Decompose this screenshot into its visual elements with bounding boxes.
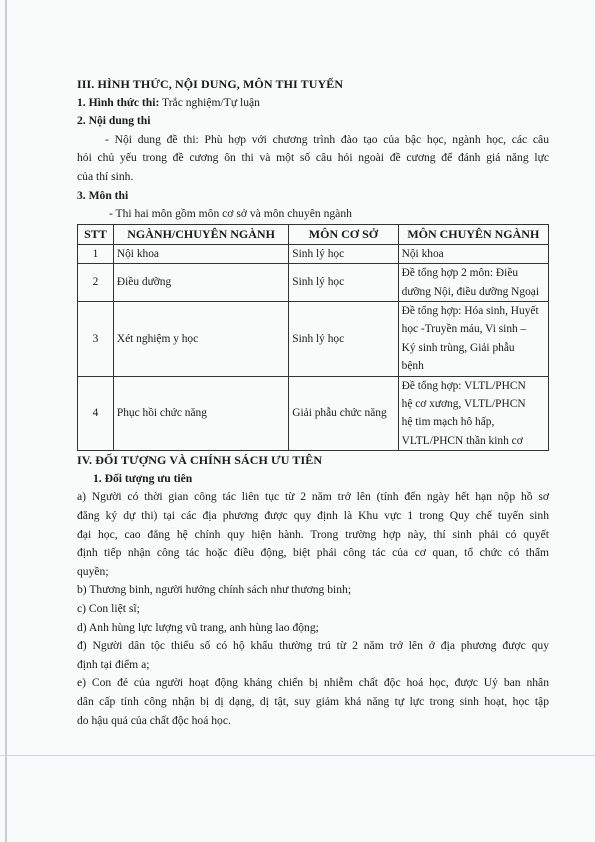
item-e-line-1: e) Con đẻ của người hoạt động kháng chiế… [77,674,549,693]
cell-line: hệ tim mạch hô hấp, [402,413,545,431]
table-row: 1 Nội khoa Sinh lý học Nội khoa [78,244,549,263]
cell-line: Đề tổng hợp 2 môn: Điều [402,264,545,282]
exam-subjects-table: STT NGÀNH/CHUYÊN NGÀNH MÔN CƠ SỞ MÔN CHU… [77,224,549,451]
item-b: b) Thương binh, người hưởng chính sách n… [77,581,549,600]
table-header-row: STT NGÀNH/CHUYÊN NGÀNH MÔN CƠ SỞ MÔN CHU… [78,224,549,244]
cell-nganh: Phục hồi chức năng [113,376,288,451]
item-e-line-3: do hậu quả của chất độc hoá học. [77,712,549,731]
section-3-title: III. HÌNH THỨC, NỘI DUNG, MÔN THI TUYỂN [77,75,549,94]
cell-mon-co-so: Sinh lý học [289,264,398,302]
exam-format-value: Trắc nghiệm/Tự luận [159,96,260,109]
cell-mon-co-so: Sinh lý học [289,301,398,376]
item-dd-line-1: đ) Người dân tộc thiểu số có hộ khẩu thư… [77,637,549,656]
cell-line: Ký sinh trùng, Giải phẫu [402,339,545,357]
exam-subjects-label: 3. Môn thi [77,187,549,206]
cell-mon-chuyen-nganh: Nội khoa [398,244,548,263]
scan-left-edge [5,0,7,842]
exam-subjects-note: - Thi hai môn gồm môn cơ sở và môn chuyê… [77,205,549,224]
exam-content-line-1: - Nội dung đề thi: Phù hợp với chương tr… [77,131,549,150]
exam-content-line-2: hỏi chủ yếu trong đề cương ôn thi và một… [77,149,549,168]
cell-mon-chuyen-nganh: Đề tổng hợp: Hóa sinh, Huyết học -Truyền… [398,301,548,376]
cell-line: VLTL/PHCN thần kinh cơ [402,432,545,450]
cell-line: Đề tổng hợp: Hóa sinh, Huyết [402,302,545,320]
cell-line: Nội khoa [402,245,545,263]
table-row: 4 Phục hồi chức năng Giải phẫu chức năng… [78,376,549,451]
priority-subjects-label: 1. Đối tượng ưu tiên [77,470,549,489]
cell-nganh: Xét nghiệm y học [113,301,288,376]
cell-mon-co-so: Sinh lý học [289,244,398,263]
cell-stt: 4 [78,376,114,451]
cell-line: học -Truyền máu, Vi sinh – [402,320,545,338]
cell-nganh: Điều dưỡng [113,264,288,302]
cell-line: bệnh [402,357,545,375]
cell-stt: 3 [78,301,114,376]
item-c: c) Con liệt sĩ; [77,600,549,619]
cell-stt: 1 [78,244,114,263]
exam-format-label: 1. Hình thức thi: [77,96,159,109]
exam-format: 1. Hình thức thi: Trắc nghiệm/Tự luận [77,94,549,113]
document-page: III. HÌNH THỨC, NỘI DUNG, MÔN THI TUYỂN … [77,75,549,730]
cell-mon-chuyen-nganh: Đề tổng hợp: VLTL/PHCN hệ cơ xương, VLTL… [398,376,548,451]
item-dd-line-2: định tại điểm a; [77,656,549,675]
cell-stt: 2 [78,264,114,302]
cell-nganh: Nội khoa [113,244,288,263]
section-4-title: IV. ĐỐI TƯỢNG VÀ CHÍNH SÁCH ƯU TIÊN [77,451,549,470]
header-mon-chuyen-nganh: MÔN CHUYÊN NGÀNH [398,224,548,244]
header-mon-co-so: MÔN CƠ SỞ [289,224,398,244]
table-row: 2 Điều dưỡng Sinh lý học Đề tổng hợp 2 m… [78,264,549,302]
item-a-line-2: đăng ký dự thi) tại các địa phương được … [77,507,549,526]
cell-line: Đề tổng hợp: VLTL/PHCN [402,377,545,395]
item-e-line-2: dân cấp tỉnh công nhận bị dị dạng, dị tậ… [77,693,549,712]
item-a-line-4: định tiếp nhận công tác hoặc điều động, … [77,544,549,563]
cell-line: dưỡng Nội, điều dưỡng Ngoại [402,283,545,301]
item-a-line-1: a) Người có thời gian công tác liên tục … [77,488,549,507]
item-d: d) Anh hùng lực lượng vũ trang, anh hùng… [77,619,549,638]
cell-line: hệ cơ xương, VLTL/PHCN [402,395,545,413]
table-row: 3 Xét nghiệm y học Sinh lý học Đề tổng h… [78,301,549,376]
cell-mon-chuyen-nganh: Đề tổng hợp 2 môn: Điều dưỡng Nội, điều … [398,264,548,302]
header-stt: STT [78,224,114,244]
scan-artifact-line [0,755,595,756]
exam-content-line-3: của thí sinh. [77,168,549,187]
item-a-line-3: đại học, cao đẳng hệ chính quy hiện hành… [77,526,549,545]
exam-content-label: 2. Nội dung thi [77,112,549,131]
header-nganh: NGÀNH/CHUYÊN NGÀNH [113,224,288,244]
item-a-line-5: quyền; [77,563,549,582]
cell-mon-co-so: Giải phẫu chức năng [289,376,398,451]
